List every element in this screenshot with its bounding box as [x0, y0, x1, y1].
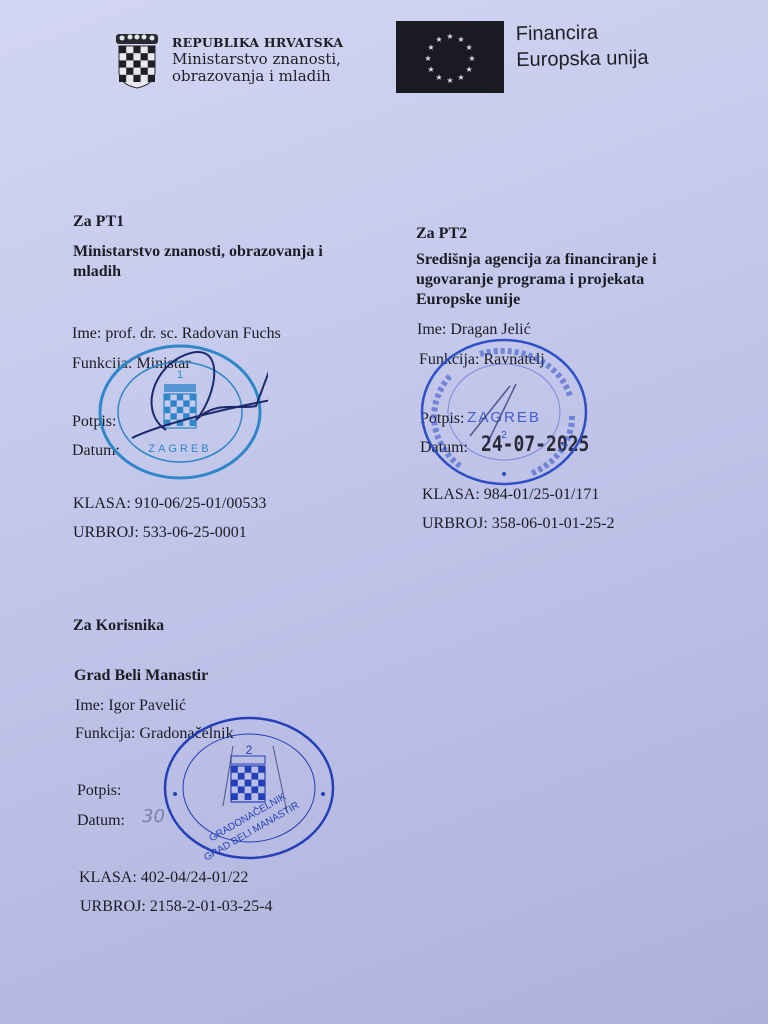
pt1-stamp-number: 1: [177, 369, 183, 381]
korisnik-stamp-number: 2: [246, 743, 253, 757]
pt2-org-line3: Europske unije: [416, 290, 520, 310]
korisnik-org: Grad Beli Manastir: [74, 666, 208, 686]
svg-text:★: ★: [446, 32, 453, 41]
eu-line2: Europska unija: [516, 45, 649, 73]
eu-funding-label: Financira Europska unija: [516, 19, 649, 73]
croatian-coat-of-arms-icon: [113, 32, 161, 90]
svg-text:★: ★: [435, 35, 442, 44]
pt1-heading: Za PT1: [73, 212, 124, 232]
eu-flag-icon: ★★★★★★★★★★★★: [396, 21, 504, 93]
pt2-org-line1: Središnja agencija za financiranje i: [416, 250, 657, 270]
svg-text:★: ★: [435, 73, 442, 82]
korisnik-date-handwritten: 30: [142, 806, 165, 827]
svg-text:★: ★: [457, 35, 464, 44]
pt2-stamp-number: 2: [501, 430, 507, 441]
korisnik-klasa: KLASA: 402-04/24-01/22: [79, 868, 248, 888]
pt1-stamp-city: ZAGREB: [148, 443, 211, 455]
header-ministry-line2: obrazovanja i mladih: [172, 68, 343, 85]
svg-text:★: ★: [465, 43, 472, 52]
pt2-official-stamp: ZAGREB 2: [420, 336, 592, 491]
svg-text:★: ★: [424, 54, 431, 63]
korisnik-urbroj: URBROJ: 2158-2-01-03-25-4: [80, 897, 272, 917]
pt1-org-line2: mladih: [73, 262, 121, 282]
svg-text:★: ★: [446, 76, 453, 85]
pt2-heading: Za PT2: [416, 224, 467, 244]
pt2-stamp-city: ZAGREB: [467, 409, 541, 426]
svg-text:★: ★: [427, 43, 434, 52]
svg-text:★: ★: [427, 65, 434, 74]
eu-line1: Financira: [516, 19, 649, 47]
korisnik-name: Ime: Igor Pavelić: [75, 696, 186, 716]
svg-text:★: ★: [457, 73, 464, 82]
ministry-header: REPUBLIKA HRVATSKA Ministarstvo znanosti…: [172, 34, 343, 85]
pt2-urbroj: URBROJ: 358-06-01-01-25-2: [422, 514, 614, 534]
pt2-org-line2: ugovaranje programa i projekata: [416, 270, 644, 290]
header-ministry-line1: Ministarstvo znanosti,: [172, 51, 343, 68]
pt1-klasa: KLASA: 910-06/25-01/00533: [73, 494, 266, 514]
svg-text:★: ★: [465, 65, 472, 74]
svg-text:★: ★: [468, 54, 475, 63]
pt1-urbroj: URBROJ: 533-06-25-0001: [73, 523, 247, 543]
korisnik-date-label: Datum:: [77, 811, 125, 831]
korisnik-heading: Za Korisnika: [73, 616, 164, 636]
pt1-official-stamp: 1 ZAGREB: [96, 340, 268, 485]
korisnik-signature-label: Potpis:: [77, 781, 121, 801]
pt1-org-line1: Ministarstvo znanosti, obrazovanja i: [73, 242, 323, 262]
korisnik-official-stamp: 2 GRADONAČELNIK GRAD BELI MANASTIR: [163, 716, 339, 869]
header-republic: REPUBLIKA HRVATSKA: [172, 34, 343, 51]
